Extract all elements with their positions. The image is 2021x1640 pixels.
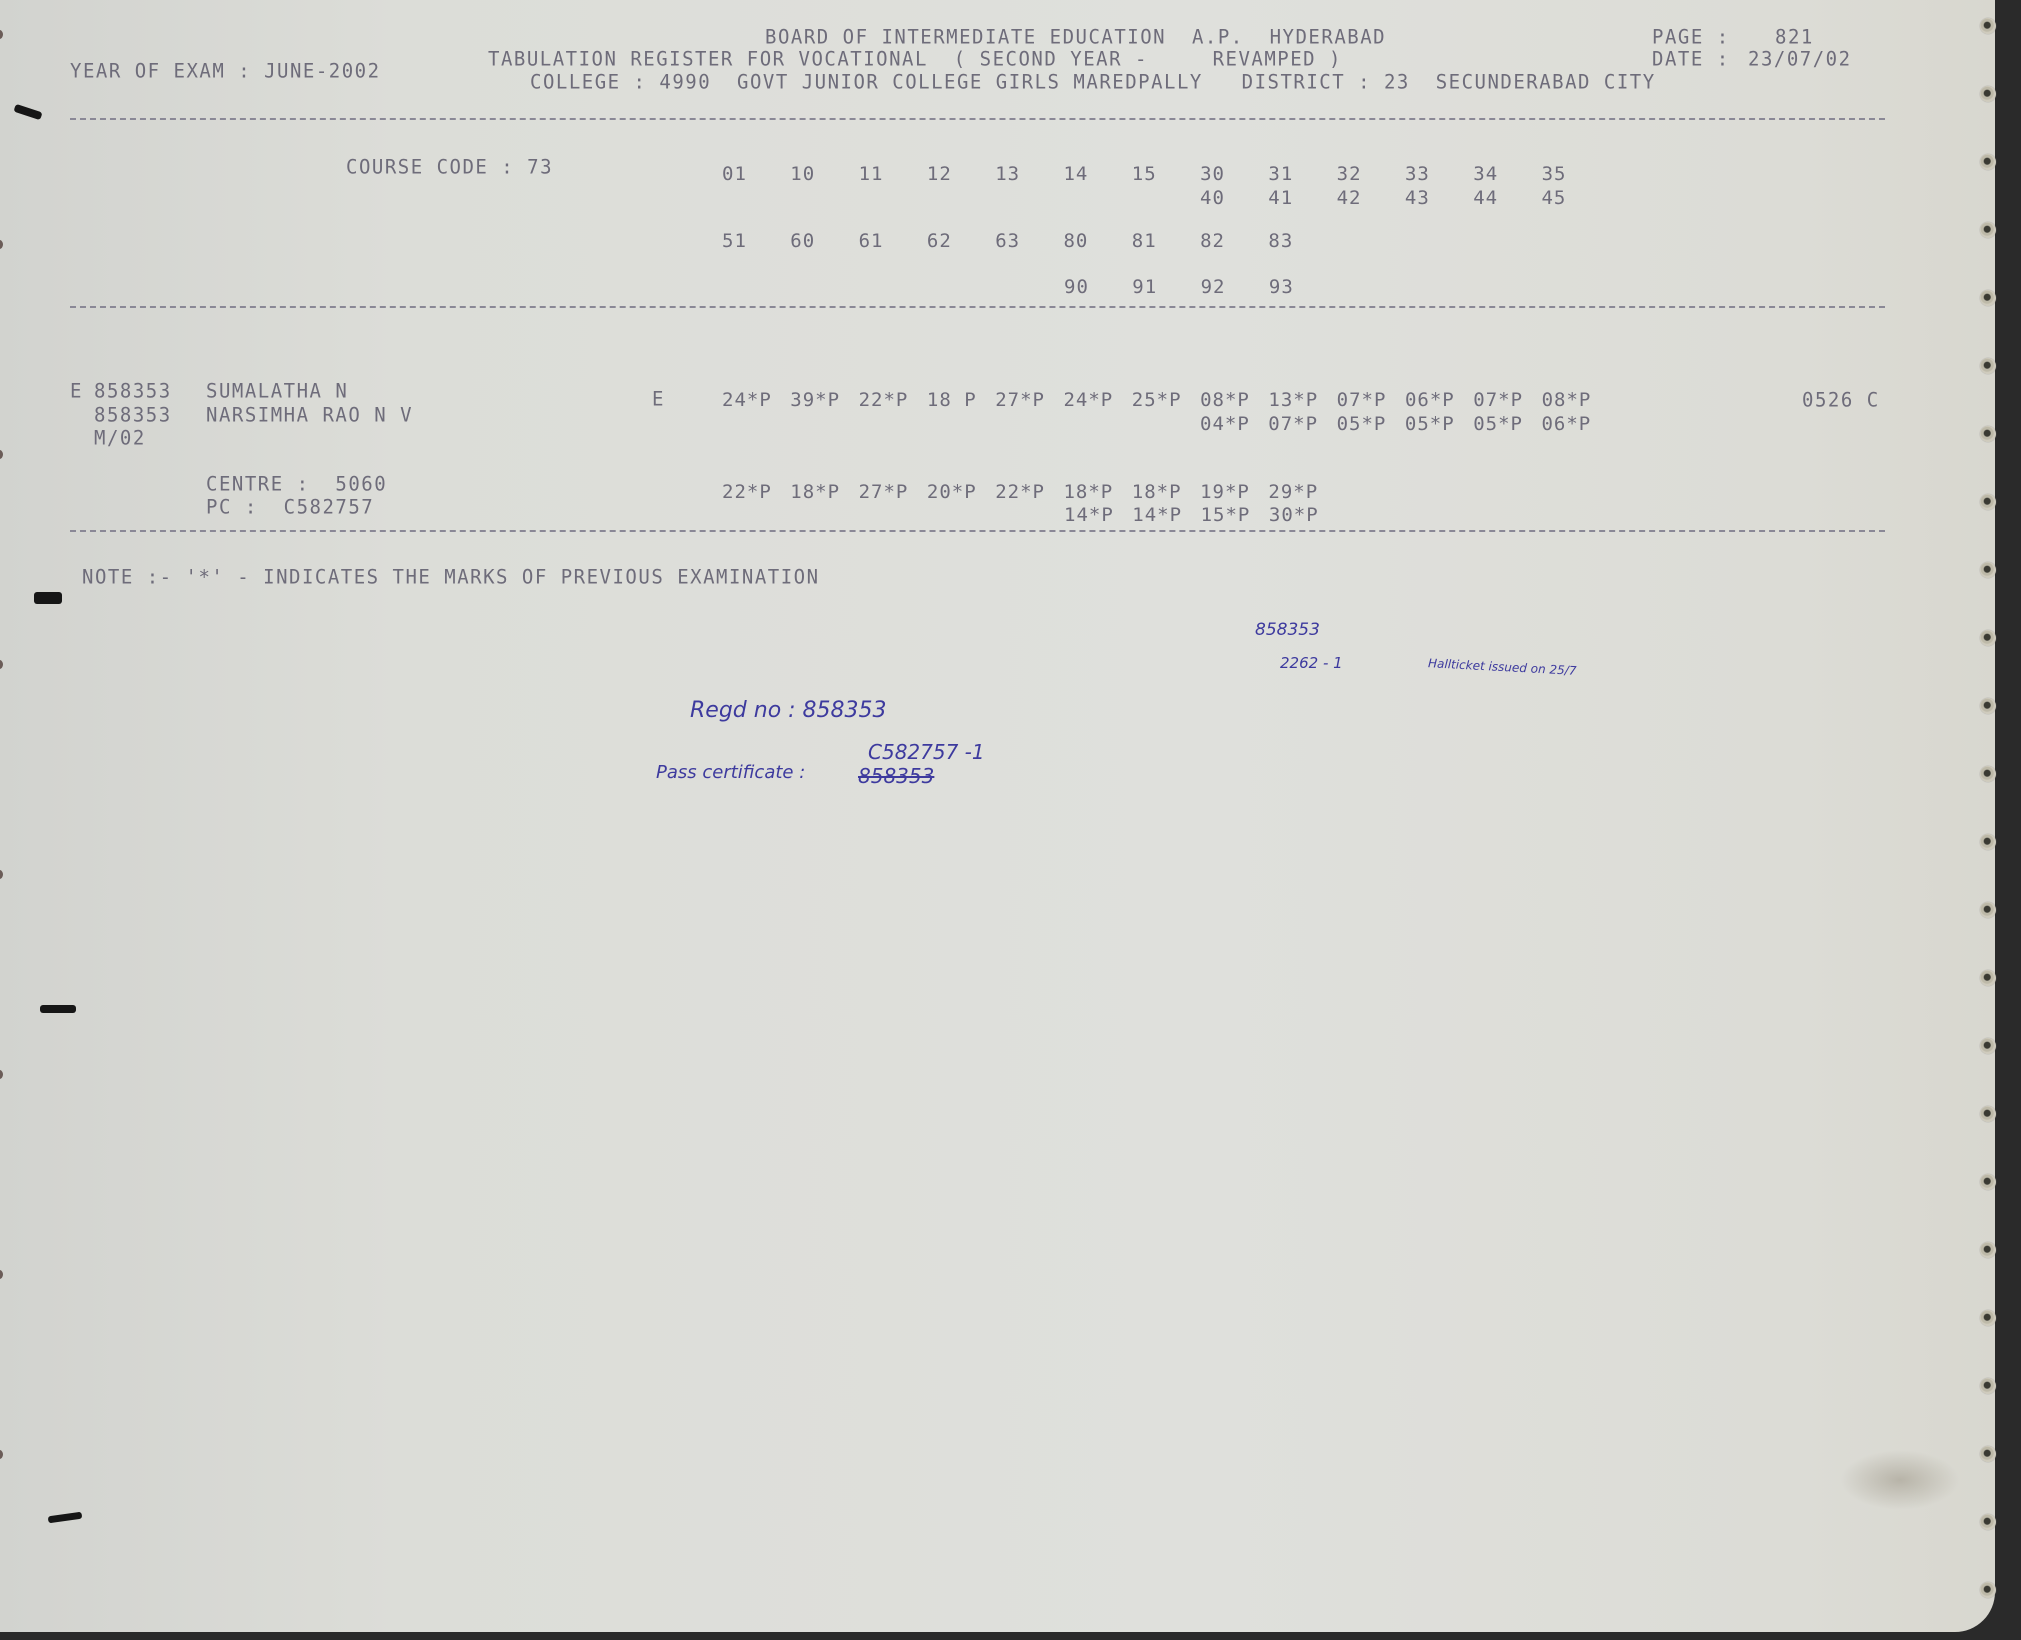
medium: E	[652, 387, 665, 410]
feed-hole-icon	[1980, 902, 1996, 918]
registration-number: 858353	[94, 379, 172, 402]
perforation	[0, 660, 3, 669]
feed-hole-icon	[1980, 562, 1996, 578]
mark: 15*P	[1201, 504, 1269, 526]
code: 80	[1063, 230, 1131, 252]
handwritten-code: 2262 - 1	[1280, 654, 1343, 672]
code: 30	[1200, 163, 1268, 185]
year-of-exam: YEAR OF EXAM : JUNE-2002	[70, 59, 381, 82]
feed-hole-icon	[1980, 698, 1996, 714]
mark: 05*P	[1337, 413, 1405, 435]
perforation	[0, 1270, 3, 1279]
feed-hole-icon	[1980, 1310, 1996, 1326]
mark: 18*P	[790, 481, 858, 503]
handwritten-regd-no: Regd no : 858353	[690, 698, 887, 723]
mark: 07*P	[1337, 389, 1405, 411]
perforation	[0, 30, 3, 39]
mark: 14*P	[1132, 504, 1200, 526]
perforation	[0, 870, 3, 879]
marks-row2: 04*P07*P05*P05*P05*P06*P	[1200, 413, 1610, 435]
mark: 27*P	[859, 481, 927, 503]
code: 42	[1337, 187, 1405, 209]
code: 01	[722, 163, 790, 185]
stain	[1840, 1450, 1960, 1510]
mark: 30*P	[1269, 504, 1337, 526]
mark: 24*P	[722, 389, 790, 411]
mark: 08*P	[1542, 389, 1610, 411]
mark: 08*P	[1200, 389, 1268, 411]
code: 13	[995, 163, 1063, 185]
feed-hole-icon	[1980, 1582, 1996, 1598]
date-label: DATE :	[1652, 47, 1730, 70]
feed-hole-icon	[1980, 970, 1996, 986]
code: 93	[1269, 276, 1337, 298]
registration-number-2: 858353	[94, 403, 172, 426]
binder-mark	[40, 1005, 76, 1013]
feed-hole-icon	[1980, 154, 1996, 170]
mark: 18*P	[1063, 481, 1131, 503]
mark: 25*P	[1132, 389, 1200, 411]
feed-hole-icon	[1980, 1174, 1996, 1190]
date-value: 23/07/02	[1748, 47, 1852, 70]
code: 15	[1132, 163, 1200, 185]
centre: CENTRE : 5060	[206, 472, 387, 495]
mark: 07*P	[1473, 389, 1541, 411]
code: 61	[859, 230, 927, 252]
feed-hole-icon	[1980, 290, 1996, 306]
board-title: BOARD OF INTERMEDIATE EDUCATION A.P. HYD…	[765, 25, 1386, 48]
marks-row3: 22*P18*P27*P20*P22*P18*P18*P19*P29*P	[722, 481, 1337, 503]
college-line: COLLEGE : 4990 GOVT JUNIOR COLLEGE GIRLS…	[530, 70, 1656, 93]
feed-hole-icon	[1980, 426, 1996, 442]
code: 32	[1337, 163, 1405, 185]
page-label: PAGE :	[1652, 25, 1730, 48]
mark: 22*P	[859, 389, 927, 411]
divider	[70, 530, 1885, 532]
binder-mark	[48, 1512, 83, 1524]
handwritten-pc-label: Pass certificate :	[656, 762, 805, 783]
perforation	[0, 450, 3, 459]
feed-hole-icon	[1980, 1106, 1996, 1122]
binder-mark	[34, 592, 62, 604]
feed-hole-icon	[1980, 1378, 1996, 1394]
feed-hole-icon	[1980, 494, 1996, 510]
mark: 24*P	[1063, 389, 1131, 411]
code: 83	[1268, 230, 1336, 252]
pass-certificate: PC : C582757	[206, 495, 374, 518]
code: 31	[1268, 163, 1336, 185]
gender-code: M/02	[94, 426, 146, 449]
course-codes-row3: 516061626380818283	[722, 230, 1337, 252]
perforation	[0, 1450, 3, 1459]
feed-hole-icon	[1980, 358, 1996, 374]
code: 12	[927, 163, 995, 185]
code: 62	[927, 230, 995, 252]
mark: 07*P	[1268, 413, 1336, 435]
handwritten-pc-value: C582757 -1	[868, 740, 985, 764]
course-codes-row4: 90919293	[1064, 276, 1337, 298]
divider	[70, 118, 1885, 120]
mark: 39*P	[790, 389, 858, 411]
perforation	[0, 240, 3, 249]
register-title: TABULATION REGISTER FOR VOCATIONAL ( SEC…	[488, 47, 1342, 70]
feed-hole-icon	[1980, 1242, 1996, 1258]
marks-row1: 24*P39*P22*P18 P27*P24*P25*P08*P13*P07*P…	[722, 389, 1610, 411]
feed-hole-icon	[1980, 630, 1996, 646]
feed-hole-icon	[1980, 18, 1996, 34]
code: 43	[1405, 187, 1473, 209]
mark: 18 P	[927, 389, 995, 411]
code: 60	[790, 230, 858, 252]
mark: 13*P	[1268, 389, 1336, 411]
mark: 04*P	[1200, 413, 1268, 435]
tabulation-register-page: BOARD OF INTERMEDIATE EDUCATION A.P. HYD…	[0, 0, 1995, 1632]
code: 40	[1200, 187, 1268, 209]
page-number: 821	[1775, 25, 1814, 48]
code: 90	[1064, 276, 1132, 298]
mark: 05*P	[1405, 413, 1473, 435]
code: 35	[1542, 163, 1610, 185]
code: 10	[790, 163, 858, 185]
course-code: COURSE CODE : 73	[346, 155, 553, 178]
code: 41	[1268, 187, 1336, 209]
mark: 27*P	[995, 389, 1063, 411]
footnote: NOTE :- '*' - INDICATES THE MARKS OF PRE…	[82, 565, 820, 588]
record-flag: E	[70, 379, 83, 402]
mark: 19*P	[1200, 481, 1268, 503]
code: 45	[1541, 187, 1609, 209]
mark: 20*P	[927, 481, 995, 503]
mark: 22*P	[722, 481, 790, 503]
father-name: NARSIMHA RAO N V	[206, 403, 413, 426]
code: 63	[995, 230, 1063, 252]
binder-mark	[13, 104, 42, 120]
code: 11	[859, 163, 927, 185]
divider	[70, 306, 1885, 308]
code: 81	[1132, 230, 1200, 252]
handwritten-struck-number: 858353	[858, 764, 934, 788]
code: 82	[1200, 230, 1268, 252]
mark: 05*P	[1473, 413, 1541, 435]
mark: 29*P	[1268, 481, 1336, 503]
code: 92	[1201, 276, 1269, 298]
code: 14	[1063, 163, 1131, 185]
code: 44	[1473, 187, 1541, 209]
mark: 06*P	[1405, 389, 1473, 411]
feed-hole-icon	[1980, 86, 1996, 102]
total-marks: 0526 C	[1802, 388, 1880, 411]
marks-row4: 14*P14*P15*P30*P	[1064, 504, 1337, 526]
course-codes-row2: 404142434445	[1200, 187, 1610, 209]
feed-hole-icon	[1980, 766, 1996, 782]
feed-hole-icon	[1980, 1446, 1996, 1462]
mark: 22*P	[995, 481, 1063, 503]
student-name: SUMALATHA N	[206, 379, 348, 402]
code: 51	[722, 230, 790, 252]
feed-hole-icon	[1980, 1514, 1996, 1530]
handwritten-number: 858353	[1255, 620, 1320, 640]
code: 33	[1405, 163, 1473, 185]
mark: 06*P	[1541, 413, 1609, 435]
handwritten-note: Hallticket issued on 25/7	[1428, 656, 1577, 678]
course-codes-row1: 01101112131415303132333435	[722, 163, 1610, 185]
mark: 18*P	[1132, 481, 1200, 503]
feed-hole-icon	[1980, 1038, 1996, 1054]
code: 34	[1473, 163, 1541, 185]
code: 91	[1132, 276, 1200, 298]
feed-hole-icon	[1980, 834, 1996, 850]
feed-hole-icon	[1980, 222, 1996, 238]
perforation	[0, 1070, 3, 1079]
mark: 14*P	[1064, 504, 1132, 526]
